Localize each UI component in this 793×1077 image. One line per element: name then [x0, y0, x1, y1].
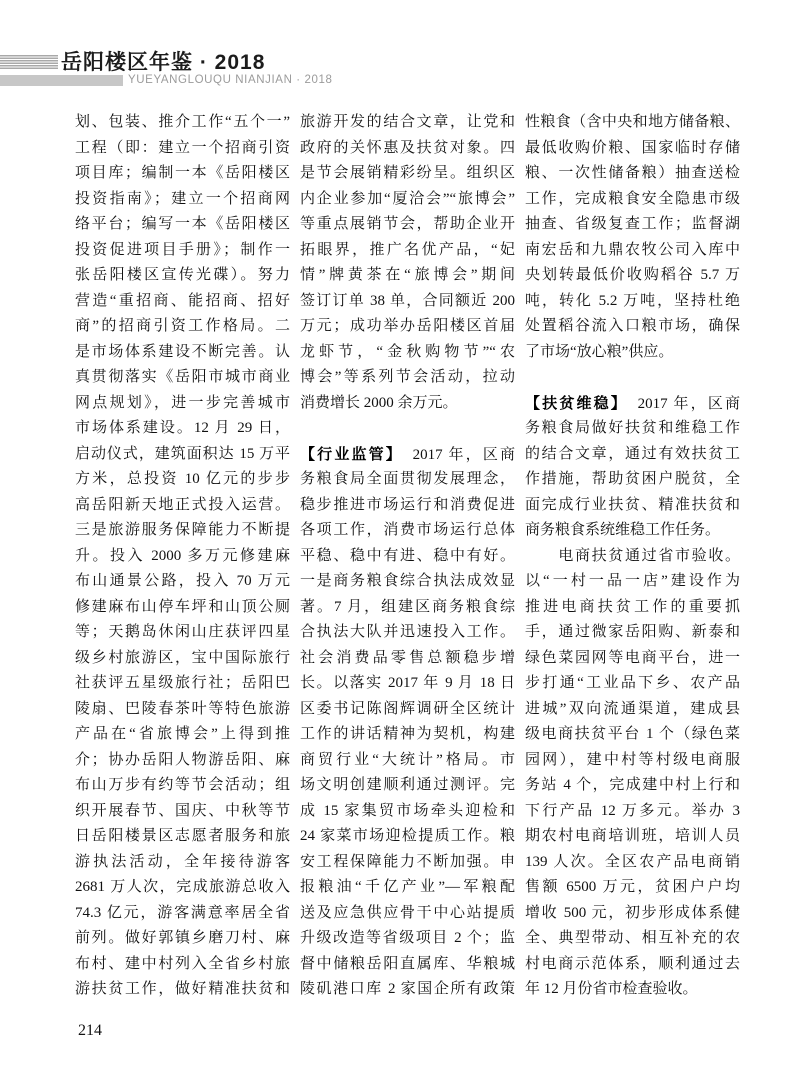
text-line: 网点规划》，进一步完善城市 [75, 391, 290, 417]
text-line: 游扶贫工作，做好精准扶贫和 [75, 977, 290, 1003]
text-line: 商贸行业“大统计”格局。市 [300, 748, 515, 774]
text-line: 消费增长 2000 余万元。 [300, 391, 515, 417]
text-line: 长。以落实 2017 年 9 月 18 日 [300, 671, 515, 697]
text-line: 2681 万人次，完成旅游总收入 [75, 875, 290, 901]
text-line: 级电商扶贫平台 1 个（绿色菜 [525, 722, 740, 748]
text-line: 合执法大队并迅速投入工作。 [300, 620, 515, 646]
text-line: 进城”双向流通渠道，建成县 [525, 697, 740, 723]
text-line: 产品在“省旅博会”上得到推 [75, 722, 290, 748]
text-line: 期农村电商培训班，培训人员 [525, 824, 740, 850]
text-line: 吨，转化 5.2 万吨，坚持杜绝 [525, 289, 740, 315]
text-line: 工程（即：建立一个招商引资 [75, 136, 290, 162]
text-line: 内企业参加“厦洽会”“旅博会” [300, 187, 515, 213]
text-line: 项目库；编制一本《岳阳楼区 [75, 161, 290, 187]
text-line: 平稳、稳中有进、稳中有好。 [300, 544, 515, 570]
text-line: 张岳阳楼区宣传光碟）。努力 [75, 263, 290, 289]
text-line: 场文明创建顺利通过测评。完 [300, 773, 515, 799]
text-line: 处置稻谷流入口粮市场，确保 [525, 314, 740, 340]
text-line: 送及应急供应骨干中心站提质 [300, 901, 515, 927]
text-line: 前列。做好郭镇乡磨刀村、麻 [75, 926, 290, 952]
text-line: 性粮食（含中央和地方储备粮、 [525, 110, 740, 136]
text-line: 村电商示范体系，顺利通过去 [525, 952, 740, 978]
text-line: 政府的关怀惠及扶贫对象。四 [300, 136, 515, 162]
text-line: 布村、建中村列入全省乡村旅 [75, 952, 290, 978]
text-line: 一是商务粮食综合执法成效显 [300, 569, 515, 595]
text-line: 报粮油“千亿产业”—军粮配 [300, 875, 515, 901]
text-line: 工作的讲话精神为契机，构建 [300, 722, 515, 748]
text-line: 电商扶贫通过省市验收。 [525, 544, 740, 570]
text-line: 安工程保障能力不断加强。申 [300, 850, 515, 876]
text-line: 工作，完成粮食安全隐患市级 [525, 187, 740, 213]
text-line: 级乡村旅游区，宝中国际旅行 [75, 646, 290, 672]
text-line: 投资促进项目手册》；制作一 [75, 238, 290, 264]
text-line: 陵扇、巴陵春茶叶等特色旅游 [75, 697, 290, 723]
text-line: 区委书记陈阁辉调研全区统计 [300, 697, 515, 723]
text-line: 著。7 月，组建区商务粮食综 [300, 595, 515, 621]
text-line: 【扶贫维稳】 2017 年，区商 [525, 391, 740, 417]
text-line: 介；协办岳阳人物游岳阳、麻 [75, 748, 290, 774]
section-heading: 【扶贫维稳】 [525, 395, 620, 412]
text-line: 全、典型带动、相互补充的农 [525, 926, 740, 952]
text-line: 是节会展销精彩纷呈。组织区 [300, 161, 515, 187]
text-line: 手，通过微家岳阳购、新泰和 [525, 620, 740, 646]
text-line: 74.3 亿元，游客满意率居全省 [75, 901, 290, 927]
text-line: 粮、一次性储备粮）抽查送检 [525, 161, 740, 187]
text-line: 博会”等系列节会活动，拉动 [300, 365, 515, 391]
text-line: 以“一村一品一店”建设作为 [525, 569, 740, 595]
header-bar-decoration [0, 75, 123, 86]
text-line: 139 人次。全区农产品电商销 [525, 850, 740, 876]
text-line: 步打通“工业品下乡、农产品 [525, 671, 740, 697]
text-line: 年 12 月份省市检查验收。 [525, 977, 740, 1003]
text-line: 【行业监管】 2017 年，区商 [300, 442, 515, 468]
text-line: 是市场体系建设不断完善。认 [75, 340, 290, 366]
yearbook-page: 岳阳楼区年鉴 · 2018 YUEYANGLOUQU NIANJIAN · 20… [0, 0, 793, 1077]
page-title: 岳阳楼区年鉴 · 2018 [61, 46, 265, 76]
text-line: 营造“重招商、能招商、招好 [75, 289, 290, 315]
text-line: 龙虾节，“金秋购物节”“农 [300, 340, 515, 366]
text-line: 商务粮食系统维稳工作任务。 [525, 518, 740, 544]
text-line: 作措施，帮助贫困户脱贫，全 [525, 467, 740, 493]
text-line: 方米，总投资 10 亿元的步步 [75, 467, 290, 493]
article-columns: 划、包装、推介工作“五个一”工程（即：建立一个招商引资项目库；编制一本《岳阳楼区… [75, 110, 740, 1003]
text-line: 陵矶港口库 2 家国企所有政策 [300, 977, 515, 1003]
text-line: 下行产品 12 万多元。举办 3 [525, 799, 740, 825]
text-line: 24 家菜市场迎检提质工作。粮 [300, 824, 515, 850]
text-line: 等；天鹅岛休闲山庄获评四星 [75, 620, 290, 646]
text-line: 推进电商扶贫工作的重要抓 [525, 595, 740, 621]
text-line: 日岳阳楼景区志愿者服务和旅 [75, 824, 290, 850]
text-line: 织开展春节、国庆、中秋等节 [75, 799, 290, 825]
text-line: 社获评五星级旅行社；岳阳巴 [75, 671, 290, 697]
text-line: 等重点展销节会，帮助企业开 [300, 212, 515, 238]
section-heading: 【行业监管】 [300, 446, 395, 463]
text-line: 绿色菜园网等电商平台，进一 [525, 646, 740, 672]
text-line: 启动仪式，建筑面积达 15 万平 [75, 442, 290, 468]
text-line: 各项工作，消费市场运行总体 [300, 518, 515, 544]
text-line: 划、包装、推介工作“五个一” [75, 110, 290, 136]
page-subtitle: YUEYANGLOUQU NIANJIAN · 2018 [128, 74, 332, 86]
page-number: 214 [78, 1022, 102, 1040]
text-line: 升级改造等省级项目 2 个；监 [300, 926, 515, 952]
text-line: 市场体系建设。12 月 29 日， [75, 416, 290, 442]
text-line: 游执法活动，全年接待游客 [75, 850, 290, 876]
text-line: 修建麻布山停车坪和山顶公厕 [75, 595, 290, 621]
text-line: 三是旅游服务保障能力不断提 [75, 518, 290, 544]
text-line: 务站 4 个，完成建中村上行和 [525, 773, 740, 799]
text-line: 央划转最低价收购稻谷 5.7 万 [525, 263, 740, 289]
text-line: 务粮食局做好扶贫和维稳工作 [525, 416, 740, 442]
text-line: 签订订单 38 单，合同额近 200 [300, 289, 515, 315]
paragraph-gap [300, 416, 515, 442]
text-column-2: 旅游开发的结合文章，让党和政府的关怀惠及扶贫对象。四是节会展销精彩纷呈。组织区内… [300, 110, 515, 1003]
text-line: 布山通景公路，投入 70 万元 [75, 569, 290, 595]
paragraph-gap [525, 365, 740, 391]
header-stripe-decoration [0, 55, 58, 69]
text-line: 抽查、省级复查工作；监督湖 [525, 212, 740, 238]
text-line: 投资指南》；建立一个招商网 [75, 187, 290, 213]
text-line: 情”牌黄茶在“旅博会”期间 [300, 263, 515, 289]
text-line: 的结合文章，通过有效扶贫工 [525, 442, 740, 468]
text-line: 万元；成功举办岳阳楼区首届 [300, 314, 515, 340]
text-line: 稳步推进市场运行和消费促进 [300, 493, 515, 519]
text-line: 升。投入 2000 多万元修建麻 [75, 544, 290, 570]
text-line: 拓眼界，推广名优产品，“妃 [300, 238, 515, 264]
text-line: 商”的招商引资工作格局。二 [75, 314, 290, 340]
text-line: 面完成行业扶贫、精准扶贫和 [525, 493, 740, 519]
text-line: 社会消费品零售总额稳步增 [300, 646, 515, 672]
text-column-1: 划、包装、推介工作“五个一”工程（即：建立一个招商引资项目库；编制一本《岳阳楼区… [75, 110, 290, 1003]
text-line: 成 15 家集贸市场牵头迎检和 [300, 799, 515, 825]
text-column-3: 性粮食（含中央和地方储备粮、最低收购价粮、国家临时存储粮、一次性储备粮）抽查送检… [525, 110, 740, 1003]
text-line: 布山万步有约等节会活动；组 [75, 773, 290, 799]
text-line: 最低收购价粮、国家临时存储 [525, 136, 740, 162]
text-line: 真贯彻落实《岳阳市城市商业 [75, 365, 290, 391]
text-line: 督中储粮岳阳直属库、华粮城 [300, 952, 515, 978]
text-line: 旅游开发的结合文章，让党和 [300, 110, 515, 136]
text-line: 高岳阳新天地正式投入运营。 [75, 493, 290, 519]
text-line: 园网），建中村等村级电商服 [525, 748, 740, 774]
text-line: 了市场“放心粮”供应。 [525, 340, 740, 366]
text-line: 增收 500 元，初步形成体系健 [525, 901, 740, 927]
text-line: 南宏岳和九鼎农牧公司入库中 [525, 238, 740, 264]
text-line: 络平台；编写一本《岳阳楼区 [75, 212, 290, 238]
text-line: 售额 6500 万元，贫困户户均 [525, 875, 740, 901]
text-line: 务粮食局全面贯彻发展理念， [300, 467, 515, 493]
